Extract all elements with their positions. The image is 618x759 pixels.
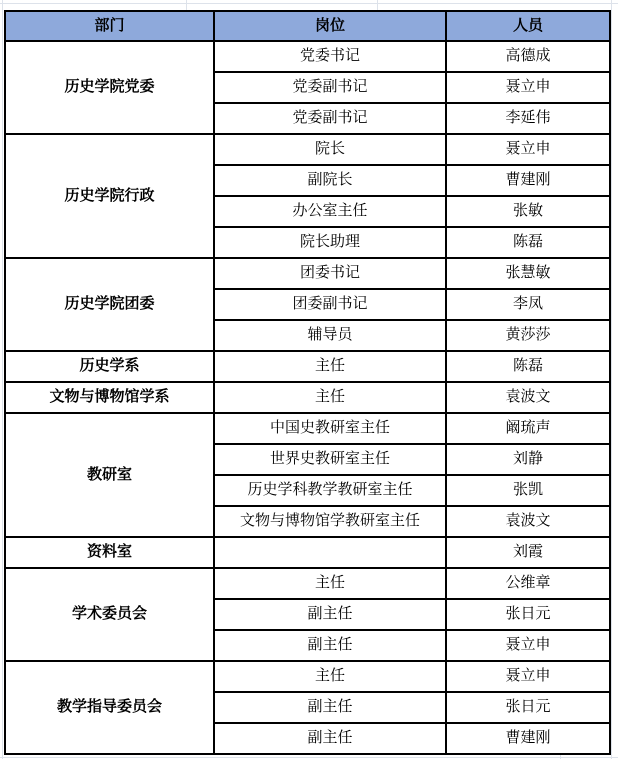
org-staff-table: 部门 岗位 人员 历史学院党委党委书记高德成党委副书记聂立申党委副书记李延伟历史…: [4, 10, 611, 755]
person-cell: 李延伟: [446, 103, 610, 134]
table-row: 历史学院行政院长聂立申: [5, 134, 610, 165]
sheet-gridline: [560, 755, 561, 759]
position-cell: [214, 537, 446, 568]
person-cell: 张日元: [446, 692, 610, 723]
person-cell: 聂立申: [446, 134, 610, 165]
person-cell: 袁波文: [446, 506, 610, 537]
position-cell: 党委书记: [214, 41, 446, 72]
person-cell: 刘霞: [446, 537, 610, 568]
position-cell: 团委书记: [214, 258, 446, 289]
person-cell: 黄莎莎: [446, 320, 610, 351]
person-cell: 曹建刚: [446, 165, 610, 196]
department-cell: 文物与博物馆学系: [5, 382, 214, 413]
position-cell: 世界史教研室主任: [214, 444, 446, 475]
person-cell: 张凯: [446, 475, 610, 506]
department-cell: 资料室: [5, 537, 214, 568]
table-row: 历史学院团委团委书记张慧敏: [5, 258, 610, 289]
position-cell: 团委副书记: [214, 289, 446, 320]
table-header-row: 部门 岗位 人员: [5, 11, 610, 41]
person-cell: 陈磊: [446, 351, 610, 382]
position-cell: 文物与博物馆学教研室主任: [214, 506, 446, 537]
table-row: 历史学院党委党委书记高德成: [5, 41, 610, 72]
table-row: 文物与博物馆学系主任袁波文: [5, 382, 610, 413]
position-cell: 主任: [214, 351, 446, 382]
person-cell: 陈磊: [446, 227, 610, 258]
table-row: 教学指导委员会主任聂立申: [5, 661, 610, 692]
position-cell: 副主任: [214, 599, 446, 630]
position-cell: 党委副书记: [214, 103, 446, 134]
department-cell: 历史学院团委: [5, 258, 214, 351]
table-row: 历史学系主任陈磊: [5, 351, 610, 382]
position-cell: 主任: [214, 661, 446, 692]
person-cell: 阚琉声: [446, 413, 610, 444]
department-cell: 教研室: [5, 413, 214, 537]
position-cell: 副主任: [214, 723, 446, 754]
position-cell: 办公室主任: [214, 196, 446, 227]
sheet-gridline: [0, 3, 618, 4]
position-cell: 副院长: [214, 165, 446, 196]
position-cell: 副主任: [214, 630, 446, 661]
position-cell: 辅导员: [214, 320, 446, 351]
table-row: 学术委员会主任公维章: [5, 568, 610, 599]
person-cell: 张慧敏: [446, 258, 610, 289]
sheet-gridline: [611, 0, 612, 759]
person-cell: 张日元: [446, 599, 610, 630]
position-cell: 院长: [214, 134, 446, 165]
person-cell: 袁波文: [446, 382, 610, 413]
position-cell: 主任: [214, 568, 446, 599]
department-cell: 学术委员会: [5, 568, 214, 661]
sheet-gridline: [2, 0, 3, 759]
department-cell: 教学指导委员会: [5, 661, 214, 754]
sheet-gridline: [377, 0, 378, 10]
person-cell: 刘静: [446, 444, 610, 475]
position-cell: 主任: [214, 382, 446, 413]
column-header-position: 岗位: [214, 11, 446, 41]
position-cell: 历史学科教学教研室主任: [214, 475, 446, 506]
sheet-gridline: [186, 0, 187, 10]
column-header-person: 人员: [446, 11, 610, 41]
table-row: 资料室刘霞: [5, 537, 610, 568]
position-cell: 院长助理: [214, 227, 446, 258]
person-cell: 李凤: [446, 289, 610, 320]
person-cell: 高德成: [446, 41, 610, 72]
position-cell: 副主任: [214, 692, 446, 723]
person-cell: 张敏: [446, 196, 610, 227]
table-row: 教研室中国史教研室主任阚琉声: [5, 413, 610, 444]
person-cell: 公维章: [446, 568, 610, 599]
person-cell: 曹建刚: [446, 723, 610, 754]
person-cell: 聂立申: [446, 630, 610, 661]
column-header-department: 部门: [5, 11, 214, 41]
person-cell: 聂立申: [446, 661, 610, 692]
sheet-gridline: [0, 757, 618, 758]
department-cell: 历史学院行政: [5, 134, 214, 258]
department-cell: 历史学系: [5, 351, 214, 382]
position-cell: 中国史教研室主任: [214, 413, 446, 444]
department-cell: 历史学院党委: [5, 41, 214, 134]
person-cell: 聂立申: [446, 72, 610, 103]
position-cell: 党委副书记: [214, 72, 446, 103]
